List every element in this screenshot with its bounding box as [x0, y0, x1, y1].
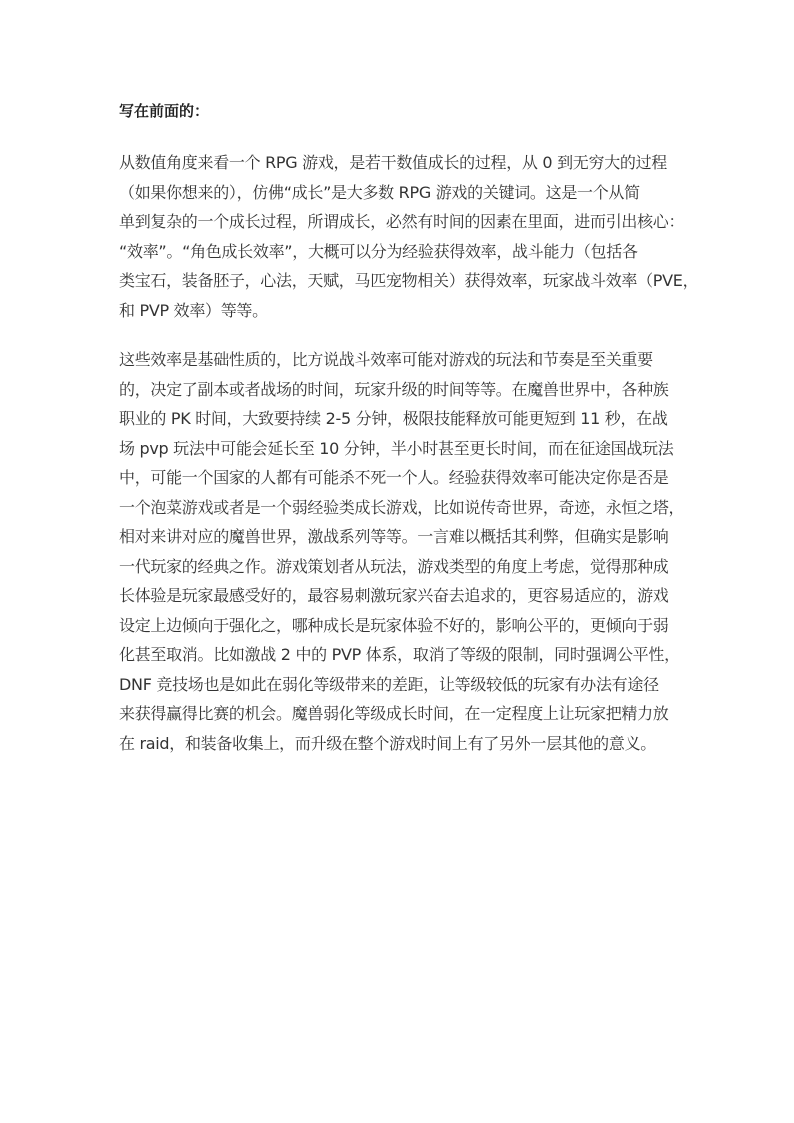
text-line: 设定上边倾向于强化之，哪种成长是玩家体验不好的，影响公平的，更倾向于弱	[119, 611, 679, 641]
text-line: DNF 竞技场也是如此在弱化等级带来的差距，让等级较低的玩家有办法有途径	[119, 670, 679, 700]
paragraph-intro: 从数值角度来看一个 RPG 游戏，是若干数值成长的过程，从 0 到无穷大的过程 …	[119, 148, 679, 325]
section-heading: 写在前面的：	[119, 100, 679, 122]
text-line: 场 pvp 玩法中可能会延长至 10 分钟，半小时甚至更长时间，而在征途国战玩法	[119, 434, 679, 464]
text-line: 在 raid，和装备收集上，而升级在整个游戏时间上有了另外一层其他的意义。	[119, 729, 679, 759]
text-line: 化甚至取消。比如激战 2 中的 PVP 体系，取消了等级的限制，同时强调公平性，	[119, 640, 679, 670]
text-line: 中，可能一个国家的人都有可能杀不死一个人。经验获得效率可能决定你是否是	[119, 463, 679, 493]
text-line: 和 PVP 效率）等等。	[119, 296, 679, 326]
text-line: 单到复杂的一个成长过程，所谓成长，必然有时间的因素在里面，进而引出核心：	[119, 207, 679, 237]
text-line: 从数值角度来看一个 RPG 游戏，是若干数值成长的过程，从 0 到无穷大的过程	[119, 148, 679, 178]
text-line: （如果你想来的），仿佛“成长”是大多数 RPG 游戏的关键词。这是一个从简	[119, 178, 679, 208]
text-line: 相对来讲对应的魔兽世界，激战系列等等。一言难以概括其利弊，但确实是影响	[119, 522, 679, 552]
text-line: 职业的 PK 时间，大致要持续 2-5 分钟，极限技能释放可能更短到 11 秒，…	[119, 404, 679, 434]
text-line: “效率”。“角色成长效率”，大概可以分为经验获得效率，战斗能力（包括各	[119, 237, 679, 267]
text-line: 类宝石，装备胚子，心法，天赋，马匹宠物相关）获得效率，玩家战斗效率（PVE，	[119, 266, 679, 296]
text-line: 长体验是玩家最感受好的，最容易刺激玩家兴奋去追求的，更容易适应的，游戏	[119, 581, 679, 611]
document-page: 写在前面的： 从数值角度来看一个 RPG 游戏，是若干数值成长的过程，从 0 到…	[119, 100, 679, 778]
text-line: 一个泡菜游戏或者是一个弱经验类成长游戏，比如说传奇世界，奇迹，永恒之塔，	[119, 493, 679, 523]
text-line: 来获得赢得比赛的机会。魔兽弱化等级成长时间，在一定程度上让玩家把精力放	[119, 699, 679, 729]
paragraph-efficiency: 这些效率是基础性质的，比方说战斗效率可能对游戏的玩法和节奏是至关重要 的，决定了…	[119, 345, 679, 758]
text-line: 一代玩家的经典之作。游戏策划者从玩法，游戏类型的角度上考虑，觉得那种成	[119, 552, 679, 582]
text-line: 的，决定了副本或者战场的时间，玩家升级的时间等等。在魔兽世界中，各种族	[119, 375, 679, 405]
text-line: 这些效率是基础性质的，比方说战斗效率可能对游戏的玩法和节奏是至关重要	[119, 345, 679, 375]
